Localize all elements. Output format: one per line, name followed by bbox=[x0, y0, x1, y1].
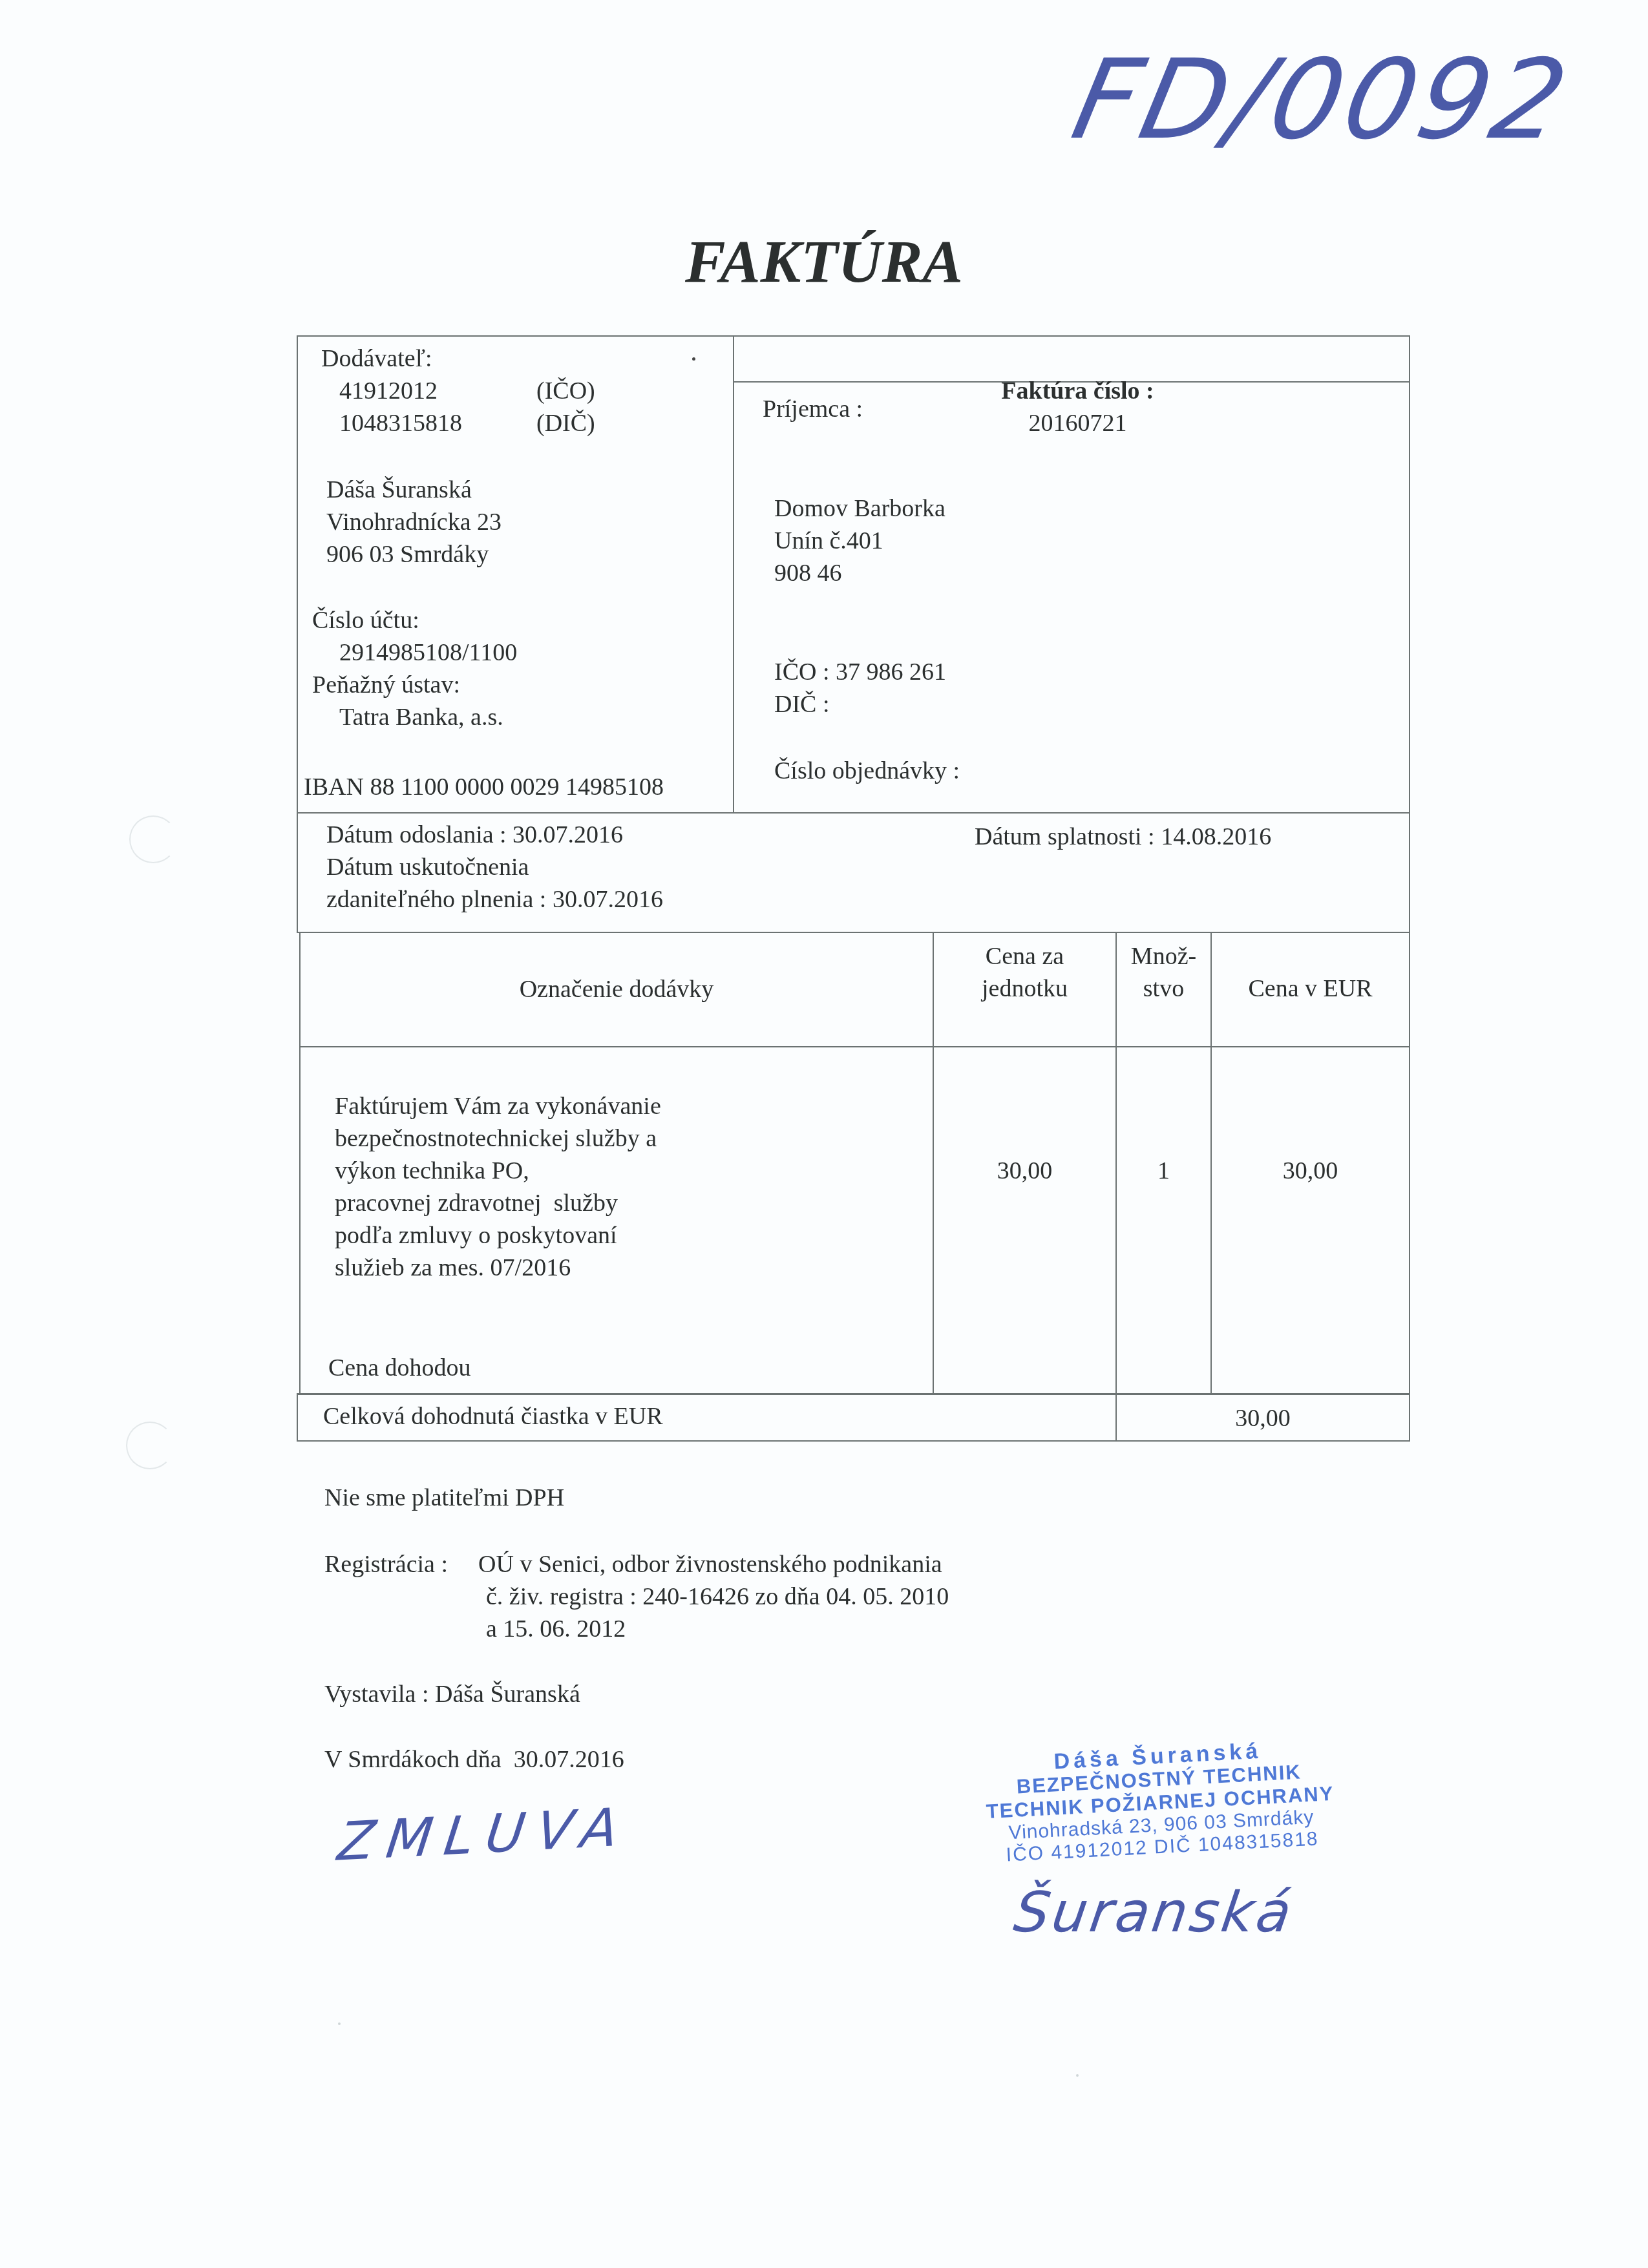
item-description-line: Faktúrujem Vám za vykonávanie bbox=[335, 1090, 661, 1122]
item-total: 30,00 bbox=[1212, 1155, 1409, 1187]
registration-line2: č. živ. registra : 240-16426 zo dňa 04. … bbox=[486, 1580, 949, 1613]
supplier-dic-label: (DIČ) bbox=[536, 407, 595, 439]
col-header-description: Označenie dodávky bbox=[301, 973, 933, 1005]
item-description-line: bezpečnostnotechnickej služby a bbox=[335, 1122, 657, 1155]
scan-speck bbox=[1076, 2074, 1079, 2077]
recipient-zip: 908 46 bbox=[774, 557, 842, 589]
account-value: 2914985108/1100 bbox=[339, 636, 517, 669]
scan-speck bbox=[338, 2022, 341, 2025]
issued-by: Vystavila : Dáša Šuranská bbox=[324, 1678, 580, 1710]
punch-hole-mark bbox=[126, 1422, 174, 1469]
col-header-total: Cena v EUR bbox=[1212, 972, 1409, 1005]
registration-line1: OÚ v Senici, odbor živnostenského podnik… bbox=[478, 1548, 942, 1580]
registration-line3: a 15. 06. 2012 bbox=[486, 1613, 626, 1645]
supplier-name: Dáša Šuranská bbox=[326, 474, 472, 506]
place-date: V Smrdákoch dňa 30.07.2016 bbox=[324, 1743, 624, 1776]
price-note: Cena dohodou bbox=[328, 1352, 471, 1384]
item-description-line: výkon technika PO, bbox=[335, 1155, 529, 1187]
supplier-label: Dodávateľ: bbox=[321, 342, 432, 375]
recipient-label: Príjemca : bbox=[763, 393, 863, 425]
supplier-street: Vinohradnícka 23 bbox=[326, 506, 502, 538]
supplier-ico-value: 41912012 bbox=[339, 375, 438, 407]
recipient-dic: DIČ : bbox=[774, 688, 830, 720]
recipient-ico: IČO : 37 986 261 bbox=[774, 656, 946, 688]
punch-hole-mark bbox=[129, 815, 177, 863]
item-description-line: služieb za mes. 07/2016 bbox=[335, 1252, 571, 1284]
supplier-dic-value: 1048315818 bbox=[339, 407, 462, 439]
registration-label: Registrácia : bbox=[324, 1548, 448, 1580]
page-title: FAKTÚRA bbox=[0, 226, 1648, 297]
bank-value: Tatra Banka, a.s. bbox=[339, 701, 503, 733]
company-stamp: Dáša Šuranská BEZPEČNOSTNÝ TECHNIK TECHN… bbox=[977, 1735, 1344, 1867]
col-header-quantity-1: Množ- bbox=[1117, 940, 1210, 972]
item-description-line: pracovnej zdravotnej služby bbox=[335, 1187, 618, 1219]
item-description-line: podľa zmluvy o poskytovaní bbox=[335, 1219, 617, 1252]
account-label: Číslo účtu: bbox=[312, 604, 419, 636]
recipient-name: Domov Barborka bbox=[774, 492, 945, 525]
vat-note: Nie sme platiteľmi DPH bbox=[324, 1482, 564, 1514]
recipient-street: Unín č.401 bbox=[774, 525, 883, 557]
date-taxable-line2: zdaniteľného plnenia : 30.07.2016 bbox=[326, 883, 663, 916]
date-taxable-line1: Dátum uskutočnenia bbox=[326, 851, 529, 883]
signature: Šuranská bbox=[1009, 1877, 1298, 1948]
col-header-unit-price-2: jednotku bbox=[934, 972, 1115, 1005]
grand-total-value: 30,00 bbox=[1117, 1402, 1409, 1434]
item-quantity: 1 bbox=[1117, 1155, 1210, 1187]
supplier-city: 906 03 Smrdáky bbox=[326, 538, 489, 571]
item-unit-price: 30,00 bbox=[934, 1155, 1115, 1187]
col-header-quantity-2: stvo bbox=[1117, 972, 1210, 1005]
handwritten-reference: FD/0092 bbox=[1062, 36, 1581, 165]
dot-mark bbox=[692, 357, 695, 361]
date-due: Dátum splatnosti : 14.08.2016 bbox=[975, 821, 1271, 853]
supplier-ico-label: (IČO) bbox=[536, 375, 595, 407]
handwritten-note: ZMLUVA bbox=[334, 1795, 633, 1874]
invoice-number-value: 20160721 bbox=[1029, 410, 1127, 437]
date-sent: Dátum odoslania : 30.07.2016 bbox=[326, 819, 623, 851]
col-header-unit-price-1: Cena za bbox=[934, 940, 1115, 972]
grand-total-label: Celková dohodnutá čiastka v EUR bbox=[323, 1400, 663, 1433]
invoice-number-label: Faktúra číslo : bbox=[1001, 377, 1154, 404]
order-number: Číslo objednávky : bbox=[774, 755, 960, 787]
iban: IBAN 88 1100 0000 0029 14985108 bbox=[304, 771, 664, 803]
bank-label: Peňažný ústav: bbox=[312, 669, 460, 701]
